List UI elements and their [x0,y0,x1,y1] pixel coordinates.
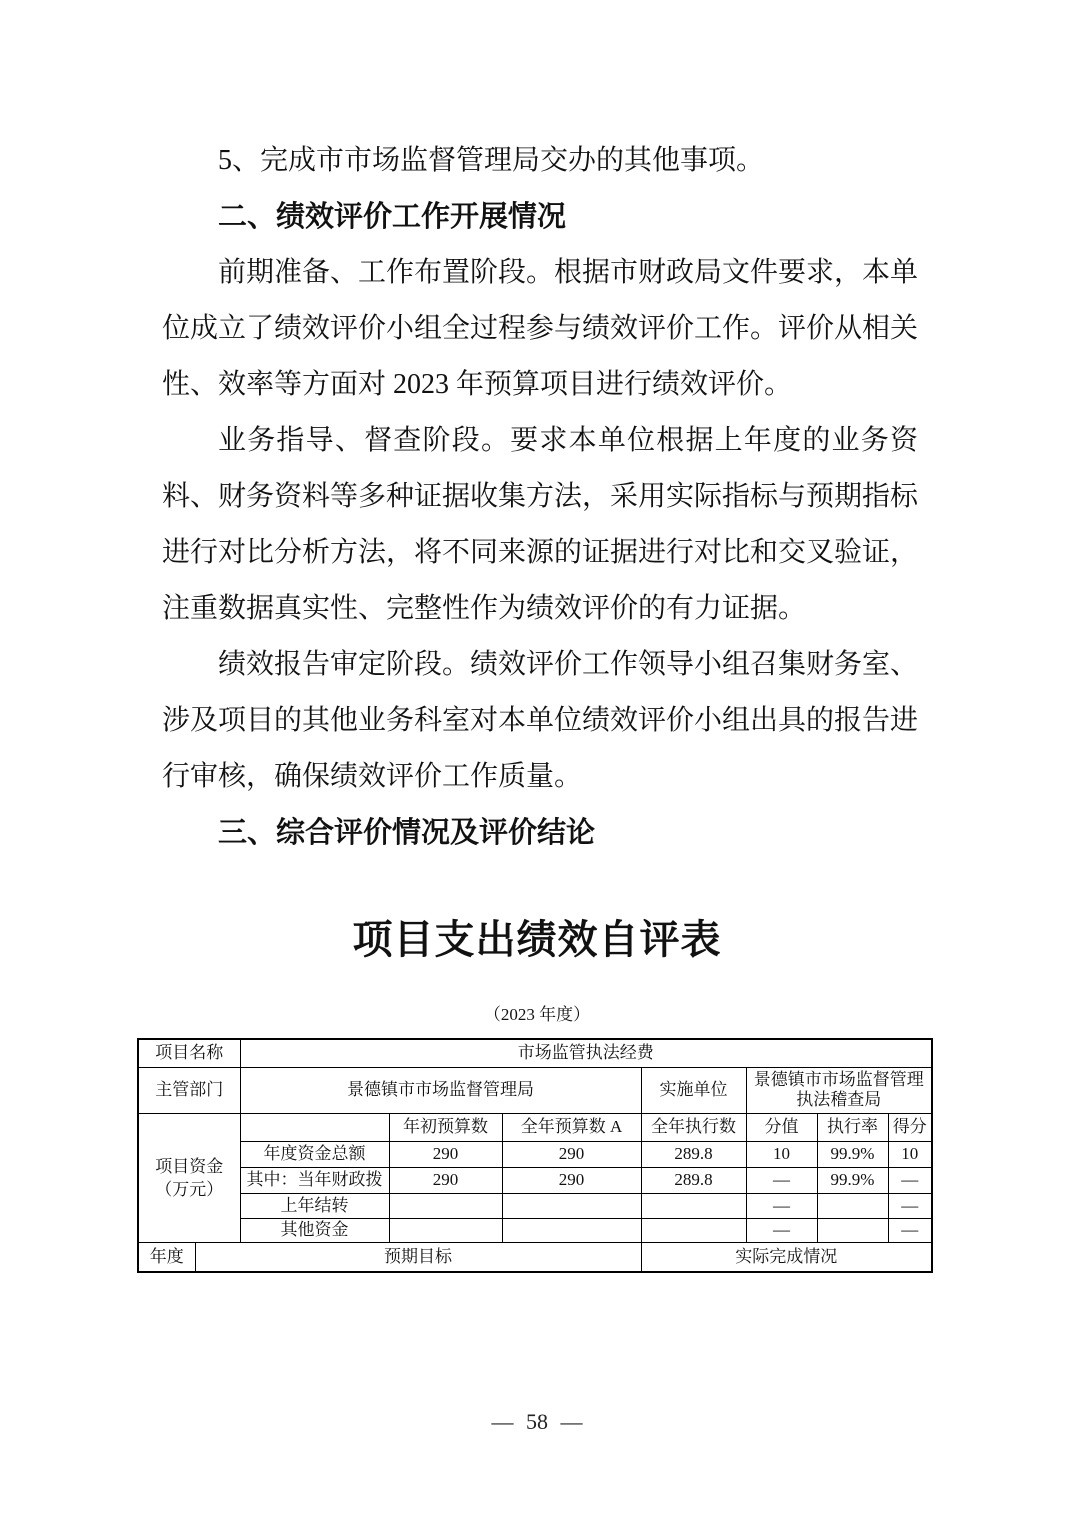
cell-actual-completion: 实际完成情况 [641,1242,932,1272]
document-page: 5、完成市市场监督管理局交办的其他事项。 二、绩效评价工作开展情况 前期准备、工… [0,0,1074,1520]
cell-header-weight: 分值 [746,1113,817,1141]
cell-funds-label: 项目资金 （万元） [138,1113,240,1242]
cell-header-score: 得分 [888,1113,932,1141]
cell-value [641,1218,746,1242]
cell-value [641,1193,746,1218]
cell-value: 290 [502,1141,641,1167]
table-subtitle: （2023 年度） [0,1001,1074,1029]
self-evaluation-table: 项目名称 市场监管执法经费 主管部门 景德镇市市场监督管理局 实施单位 景德镇市… [137,1038,933,1273]
cell-value: 10 [888,1141,932,1167]
cell-value: 290 [502,1167,641,1193]
cell-value: 99.9% [817,1141,888,1167]
table-row: 主管部门 景德镇市市场监督管理局 实施单位 景德镇市市场监督管理 执法稽查局 [138,1067,932,1113]
paragraph-guidance: 业务指导、督查阶段。要求本单位根据上年度的业务资料、财务资料等多种证据收集方法，… [162,413,918,637]
section-heading-3: 三、综合评价情况及评价结论 [162,805,918,861]
cell-dept-value: 景德镇市市场监督管理局 [240,1067,641,1113]
cell-value: 10 [746,1141,817,1167]
cell-value: — [746,1193,817,1218]
section-heading-2: 二、绩效评价工作开展情况 [162,189,918,245]
cell-value: — [746,1218,817,1242]
cell-value [817,1218,888,1242]
cell-value [817,1193,888,1218]
cell-dept-label: 主管部门 [138,1067,240,1113]
cell-row-label: 上年结转 [240,1193,389,1218]
cell-row-label: 其中：当年财政拨 [240,1167,389,1193]
cell-value: 290 [389,1141,502,1167]
cell-value [502,1193,641,1218]
cell-value: 289.8 [641,1141,746,1167]
table-row: 其中：当年财政拨 290 290 289.8 — 99.9% — [138,1167,932,1193]
cell-header-executed: 全年执行数 [641,1113,746,1141]
cell-value: 290 [389,1167,502,1193]
cell-impl-value: 景德镇市市场监督管理 执法稽查局 [746,1067,932,1113]
cell-row-label: 年度资金总额 [240,1141,389,1167]
table-row: 项目资金 （万元） 年初预算数 全年预算数 A 全年执行数 分值 执行率 得分 [138,1113,932,1141]
table-title: 项目支出绩效自评表 [0,908,1074,972]
cell-value [502,1218,641,1242]
cell-expected-goal: 预期目标 [195,1242,641,1272]
cell-value: 289.8 [641,1167,746,1193]
cell-header-annual-budget: 全年预算数 A [502,1113,641,1141]
cell-value: — [746,1167,817,1193]
cell-value [389,1193,502,1218]
cell-value: — [888,1167,932,1193]
paragraph-report-review: 绩效报告审定阶段。绩效评价工作领导小组召集财务室、涉及项目的其他业务科室对本单位… [162,637,918,805]
cell-value [389,1218,502,1242]
table-row: 上年结转 — — [138,1193,932,1218]
table-row: 年度 预期目标 实际完成情况 [138,1242,932,1272]
body-text: 5、完成市市场监督管理局交办的其他事项。 二、绩效评价工作开展情况 前期准备、工… [162,133,918,861]
paragraph-preparation: 前期准备、工作布置阶段。根据市财政局文件要求，本单位成立了绩效评价小组全过程参与… [162,245,918,413]
cell-project-name-label: 项目名称 [138,1039,240,1067]
table-row: 其他资金 — — [138,1218,932,1242]
cell-impl-label: 实施单位 [641,1067,746,1113]
cell-row-label: 其他资金 [240,1218,389,1242]
cell-value: — [888,1218,932,1242]
cell-value: 99.9% [817,1167,888,1193]
cell-project-name-value: 市场监管执法经费 [240,1039,932,1067]
cell-header-rate: 执行率 [817,1113,888,1141]
cell-header-initial-budget: 年初预算数 [389,1113,502,1141]
cell-blank [240,1113,389,1141]
cell-value: — [888,1193,932,1218]
table-row: 项目名称 市场监管执法经费 [138,1039,932,1067]
table-row: 年度资金总额 290 290 289.8 10 99.9% 10 [138,1141,932,1167]
paragraph-other-tasks: 5、完成市市场监督管理局交办的其他事项。 [162,133,918,189]
cell-year-label: 年度 [138,1242,195,1272]
page-number: — 58 — [0,1406,1074,1438]
